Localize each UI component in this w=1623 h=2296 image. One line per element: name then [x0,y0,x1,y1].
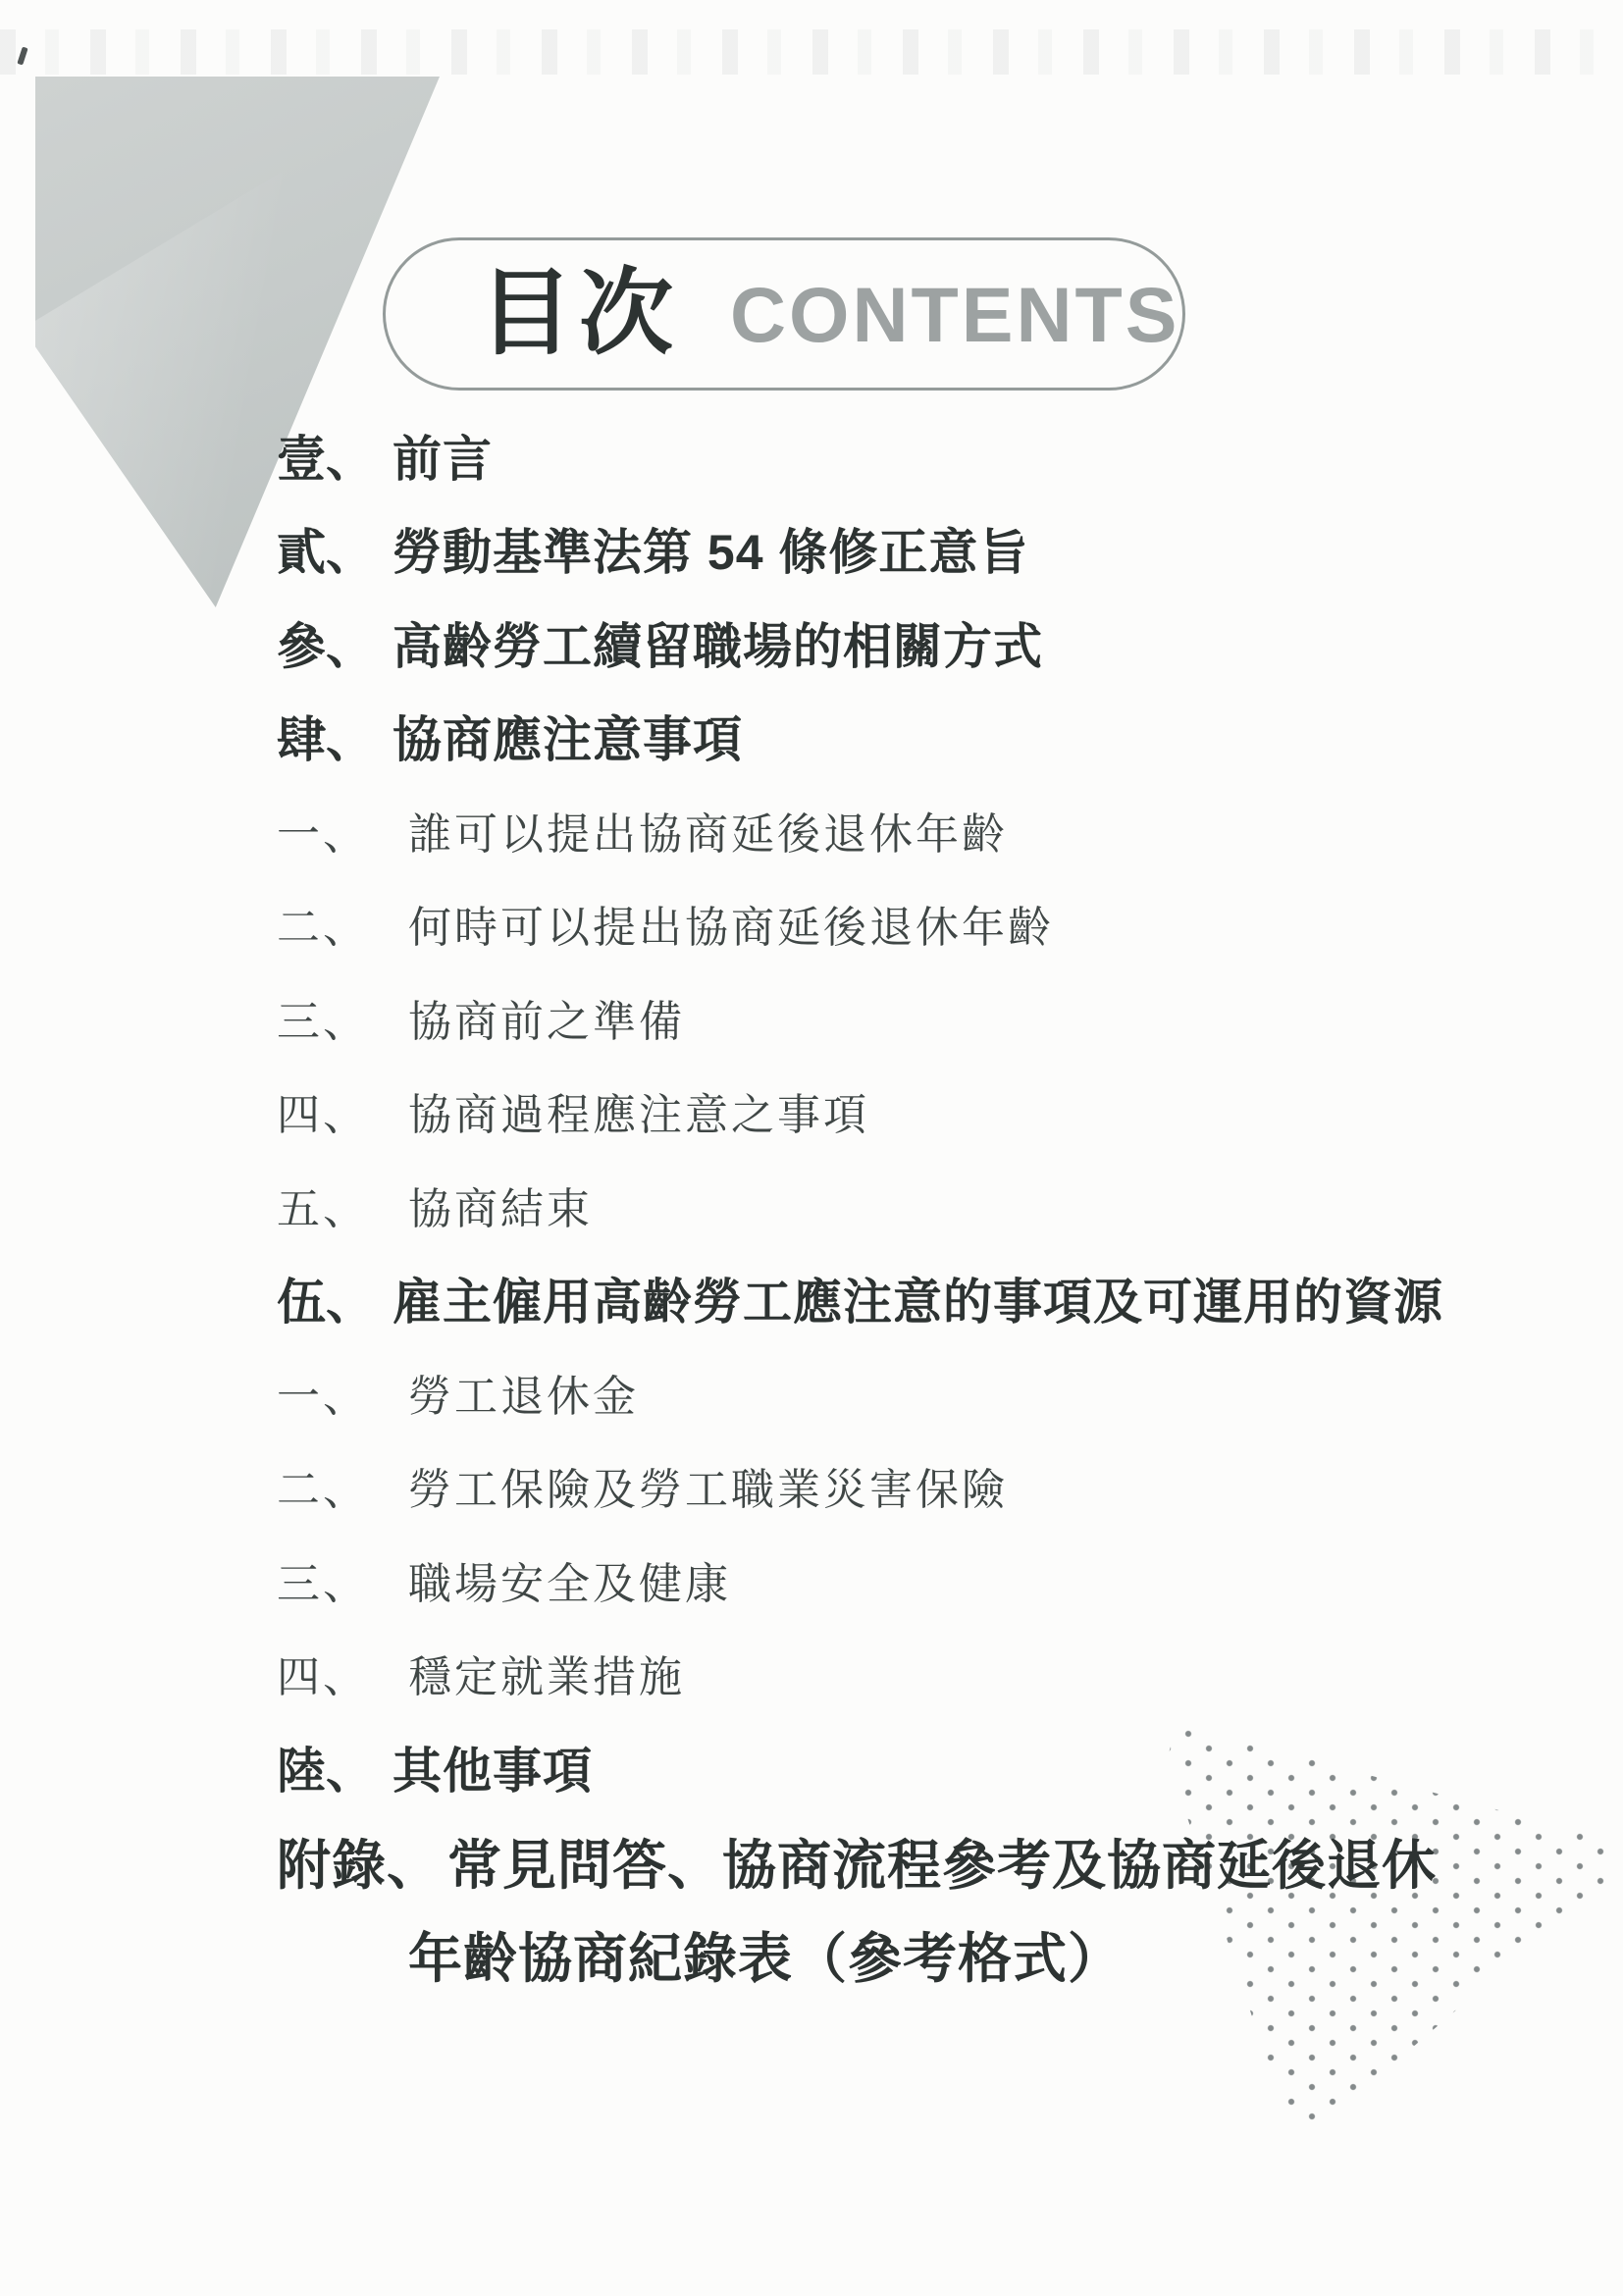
toc-item-text: 勞工保險及勞工職業災害保險 [408,1454,1008,1517]
toc-item-text: 雇主僱用高齡勞工應注意的事項及可運用的資源 [393,1263,1443,1333]
toc-item: 壹、前言 [277,408,1592,502]
toc-item: 四、穩定就業措施 [277,1627,1592,1721]
toc-item-number: 四、 [277,1642,408,1704]
page-title-english: CONTENTS [730,276,1180,353]
toc-item-number: 陸、 [277,1732,393,1802]
toc-item: 四、協商過程應注意之事項 [277,1065,1592,1159]
toc-item-text: 高齡勞工續留職場的相關方式 [393,607,1043,678]
toc-item-text: 誰可以提出協商延後退休年齡 [408,799,1008,861]
toc-item-text: 穩定就業措施 [408,1642,685,1704]
toc-item-number: 三、 [277,986,408,1049]
toc-item-number: 一、 [277,1361,408,1424]
toc-item-text: 協商前之準備 [408,986,685,1049]
toc-item: 年齡協商紀錄表（參考格式） [277,1907,1592,2002]
toc-item: 三、職場安全及健康 [277,1533,1592,1627]
toc-item-text: 協商結束 [408,1174,593,1236]
toc-item-text: 常見問答、協商流程參考及協商延後退休 [447,1822,1437,1900]
toc-item-number: 二、 [277,892,408,955]
toc-item-number: 四、 [277,1079,408,1142]
toc-item: 一、誰可以提出協商延後退休年齡 [277,783,1592,877]
toc-item: 參、高齡勞工續留職場的相關方式 [277,596,1592,690]
toc-item-number: 貳、 [277,513,393,584]
toc-item: 二、勞工保險及勞工職業災害保險 [277,1439,1592,1534]
toc-item-text: 前言 [393,420,493,491]
toc-item-number: 伍、 [277,1263,393,1333]
toc-item: 貳、勞動基準法第 54 條修正意旨 [277,502,1592,597]
toc-item-number: 附錄、 [277,1822,442,1900]
toc-item-text: 年齡協商紀錄表（參考格式） [408,1915,1123,1993]
toc-item-text: 何時可以提出協商延後退休年齡 [408,892,1054,955]
toc-item-number: 壹、 [277,420,393,491]
toc-item-text: 協商過程應注意之事項 [408,1079,869,1142]
toc-item-number: 參、 [277,607,393,678]
toc-item-number: 二、 [277,1454,408,1517]
toc-item-text: 職場安全及健康 [408,1548,731,1611]
toc-item-number: 肆、 [277,701,393,771]
toc-item-text: 協商應注意事項 [393,701,743,771]
toc-item: 陸、其他事項 [277,1720,1592,1814]
toc-item: 附錄、常見問答、協商流程參考及協商延後退休 [277,1814,1592,1908]
toc-item: 肆、協商應注意事項 [277,690,1592,784]
toc-list: 壹、前言貳、勞動基準法第 54 條修正意旨參、高齡勞工續留職場的相關方式肆、協商… [277,408,1592,2002]
toc-item: 二、何時可以提出協商延後退休年齡 [277,877,1592,971]
toc-item: 伍、雇主僱用高齡勞工應注意的事項及可運用的資源 [277,1252,1592,1346]
toc-item-number: 五、 [277,1174,408,1236]
toc-item-number: 三、 [277,1548,408,1611]
toc-page: 目次 CONTENTS 壹、前言貳、勞動基準法第 54 條修正意旨參、高齡勞工續… [0,0,1623,2296]
toc-item-text: 勞動基準法第 54 條修正意旨 [393,513,1028,584]
title-banner: 目次 CONTENTS [383,237,1185,391]
toc-item: 五、協商結束 [277,1158,1592,1252]
scan-artifact-band [0,29,1623,75]
page-title: 目次 [479,267,679,361]
toc-item-text: 其他事項 [393,1732,593,1802]
toc-item-number: 一、 [277,799,408,861]
toc-item-text: 勞工退休金 [408,1361,639,1424]
toc-item: 三、協商前之準備 [277,970,1592,1065]
toc-item: 一、勞工退休金 [277,1345,1592,1439]
